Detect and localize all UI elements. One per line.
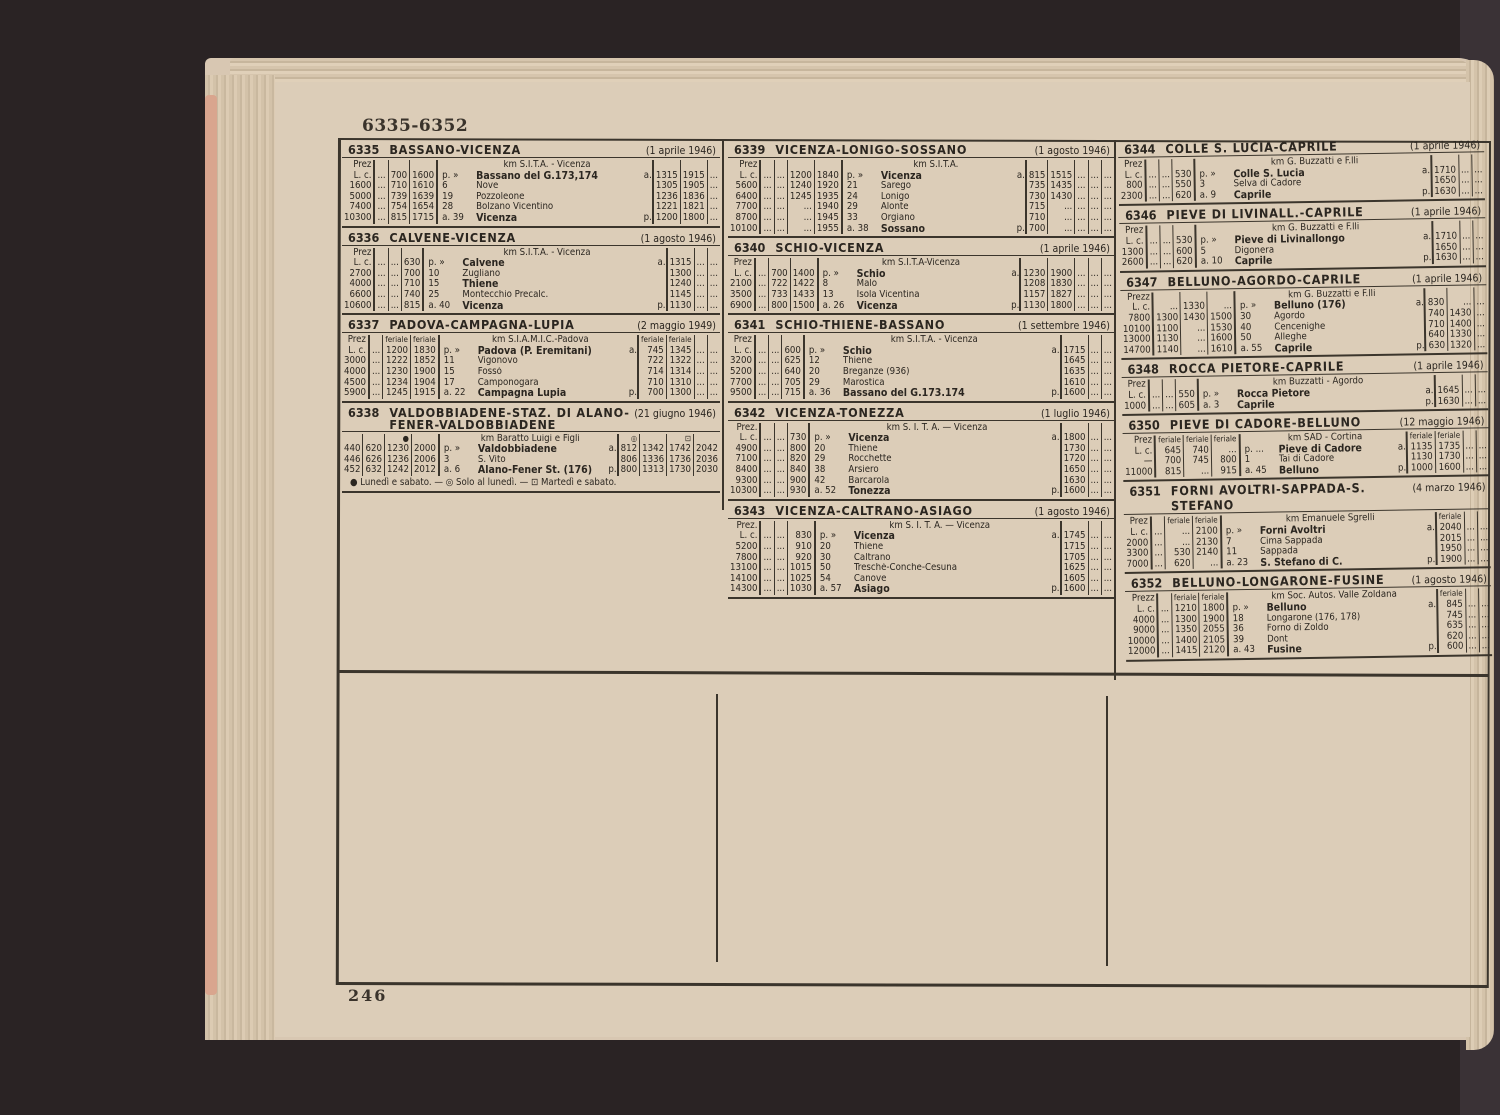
station-marker: p. (1423, 555, 1435, 566)
station-name: Asiago (854, 584, 1048, 595)
station-list: km SAD - Cortinap. ...Pieve di Cadorea.1… (1240, 432, 1408, 477)
station-row: a. 36Bassano del G.173.174p. (809, 388, 1060, 399)
timetable-6351: 6351FORNI AVOLTRI-SAPPADA-S. STEFANO(4 m… (1123, 479, 1490, 575)
station-marker: a. (1423, 523, 1435, 534)
arrival-column: 17151645163516101600 (1062, 335, 1089, 399)
station-km: a. 38 (847, 224, 881, 235)
station-km: a. 40 (428, 301, 462, 312)
station-km: a. 43 (1233, 645, 1267, 656)
time-cell: ... (1104, 486, 1112, 497)
station-name: S. Vito (478, 455, 605, 466)
time-cell: ... (710, 290, 718, 301)
departure-column: .................. (775, 423, 788, 497)
station-marker (1007, 290, 1019, 301)
time-cell: 1245 (385, 388, 408, 399)
time-cell: 1230 (385, 367, 408, 378)
departure-column: feriale12001222123012341245 (383, 335, 411, 399)
station-km: 33 (847, 213, 881, 224)
price-cell: 3500 (730, 290, 752, 301)
departure-column: .................. (775, 521, 788, 595)
station-marker: p. (640, 213, 652, 224)
operator-label: km S. I. T. A. — Vicenza (814, 423, 1059, 434)
station-marker: p. (1412, 341, 1424, 352)
departure-column: ......... (1146, 159, 1160, 202)
station-row: a. 3Caprilep. (1203, 397, 1434, 411)
price-cell: 10300 (344, 213, 371, 224)
book-cover-edge (205, 95, 217, 995)
departure-column: ............... (375, 248, 388, 312)
station-km: 15 (444, 367, 478, 378)
station-km: 20 (809, 367, 843, 378)
time-cell (683, 160, 705, 171)
departure-column: feriale210021302140... (1193, 516, 1223, 569)
price-column: PrezL. c.27004000660010600 (342, 248, 375, 312)
timetable-6352: 6352BELLUNO-LONGARONE-FUSINE(1 agosto 19… (1125, 571, 1492, 662)
station-marker (1048, 367, 1060, 378)
timetable-body: PrezL. c.13002600..................53060… (1119, 219, 1486, 269)
arrival-column: 19151905183618211800 (681, 160, 708, 224)
station-name: Schio (843, 346, 1048, 357)
station-marker: p. (625, 388, 637, 399)
time-cell: 1200 (656, 213, 678, 224)
timetable-6346: 6346PIEVE DI LIVINALL.-CAPRILE(1 aprile … (1119, 203, 1486, 273)
timetable-title: VICENZA-LONIGO-SOSSANO (775, 142, 1034, 157)
timetable-header: 6339VICENZA-LONIGO-SOSSANO(1 agosto 1946… (728, 142, 1114, 158)
arrival-column: ......... (1460, 221, 1474, 264)
timetable-6339: 6339VICENZA-LONIGO-SOSSANO(1 agosto 1946… (728, 142, 1114, 238)
price-cell: 4000 (344, 367, 366, 378)
timetable-number: 6340 (734, 240, 765, 255)
station-name: Vicenza (476, 213, 640, 224)
time-cell: 1000 (1410, 463, 1433, 474)
arrival-column: ............ (1478, 512, 1491, 565)
time-cell: 620 (1168, 559, 1191, 570)
time-cell: ... (1091, 486, 1099, 497)
time-cell: ... (710, 213, 718, 224)
station-row: 21Sarego (847, 181, 1025, 192)
time-cell: ... (1077, 213, 1085, 224)
operator-label: km S. I. T. A. — Vicenza (820, 521, 1060, 532)
station-name: Isola Vicentina (857, 290, 1008, 301)
station-km: p. » (1200, 235, 1234, 246)
time-cell: 600 (1441, 642, 1464, 653)
station-name: Vicenza (854, 531, 1048, 542)
station-row: 17Camponogara (444, 378, 637, 389)
time-cell: 1800 (683, 213, 705, 224)
timetable-date: (1 agosto 1946) (641, 233, 716, 245)
time-cell: 640 (784, 367, 800, 378)
arrival-column: ...... (1462, 375, 1476, 407)
time-cell: ... (391, 301, 399, 312)
station-km: a. 52 (814, 486, 848, 497)
arrival-column: 151514351430......... (1048, 160, 1075, 234)
departure-column: ............... (756, 335, 769, 399)
station-row: a. 55Caprilep. (1241, 341, 1425, 354)
timetable-number: 6347 (1126, 274, 1158, 289)
station-name: Vicenza (462, 301, 653, 312)
arrival-column: .................. (1089, 423, 1102, 497)
time-cell (412, 160, 434, 171)
time-cell: 1600 (1064, 486, 1086, 497)
arrival-column: ...... (1475, 375, 1488, 407)
time-cell: ... (391, 290, 399, 301)
arrival-column: ...1430140013301320 (1447, 287, 1475, 351)
station-km: 13 (823, 290, 857, 301)
arrival-column: .................. (1089, 160, 1102, 234)
arrival-column: .................. (1102, 521, 1114, 595)
price-cell: Prez (730, 160, 757, 171)
time-cell: 1630 (1438, 396, 1460, 407)
time-cell: ... (1461, 186, 1469, 197)
station-row: 20Thiene (814, 444, 1059, 455)
time-cell: ... (1104, 290, 1112, 301)
arrival-column: ......... (1472, 154, 1485, 197)
timetable-number: 6344 (1124, 141, 1156, 156)
time-cell: 1715 (412, 213, 434, 224)
time-cell: 815 (404, 301, 420, 312)
station-name: Valdobbiadene (478, 444, 605, 455)
station-row: 20Breganze (936) (809, 367, 1060, 378)
station-marker: p. (1048, 486, 1060, 497)
time-cell: ... (1050, 213, 1072, 224)
arrival-column: ............... (708, 335, 720, 399)
arrival-column: ⊡174217361730 (667, 434, 694, 476)
station-name: Schio (857, 269, 1008, 280)
time-cell: ... (1482, 642, 1490, 653)
station-name: Thiene (854, 542, 1048, 553)
station-marker: a. (1007, 269, 1019, 280)
station-row: 25Montecchio Precalc. (428, 290, 665, 301)
operator-label: km Baratto Luigi e Figli (444, 434, 617, 445)
station-row: a. 57Asiagop. (820, 584, 1060, 595)
time-cell: 740 (404, 290, 420, 301)
timetable-date: (1 settembre 1946) (1018, 320, 1110, 332)
station-name: Barcarola (848, 476, 1047, 487)
price-cell: 9500 (730, 388, 752, 399)
column-right: 6344COLLE S. LUCIA-CAPRILE(1 aprile 1946… (1118, 136, 1492, 664)
departure-column: ...... (1163, 379, 1177, 411)
time-cell: 1610 (1211, 344, 1233, 355)
price-cell: 1000 (1124, 401, 1146, 412)
time-cell: ... (1104, 213, 1112, 224)
time-cell: ... (777, 224, 785, 235)
time-cell: ... (1478, 396, 1486, 407)
time-cell: 733 (771, 290, 787, 301)
station-marker: p. (1013, 224, 1025, 235)
time-cell: 1320 (1450, 340, 1472, 351)
column-divider (722, 140, 724, 510)
timetable-date: (1 aprile 1946) (1412, 272, 1482, 285)
station-name: Treschè-Conche-Cesuna (854, 563, 1048, 574)
time-cell: ... (763, 584, 771, 595)
station-marker: a. (1418, 166, 1430, 177)
time-cell: ... (1465, 396, 1473, 407)
time-cell: ... (790, 213, 812, 224)
departure-column: ......... (1159, 159, 1173, 202)
station-list: km S. I. T. A. — Vicenzap. »Vicenzaa.20T… (810, 423, 1061, 497)
station-row: p. »Padova (P. Eremitani)a. (444, 346, 637, 357)
time-cell (817, 160, 839, 171)
departure-column: 16001610163916541715 (410, 160, 438, 224)
station-name: Nove (476, 181, 640, 192)
time-cell: ... (758, 290, 766, 301)
time-cell: 620 (1175, 191, 1192, 202)
price-cell: 10600 (344, 301, 371, 312)
departure-column: feriale18301852190019041915 (411, 335, 440, 399)
time-cell: 1600 (1438, 463, 1461, 474)
time-cell: ... (1165, 401, 1173, 412)
timetable-date: (1 agosto 1946) (1035, 506, 1110, 518)
departure-column: ............... (1159, 594, 1173, 658)
arrival-column: .................. (1102, 423, 1114, 497)
time-cell: ... (710, 367, 718, 378)
station-name: Rocchette (848, 454, 1047, 465)
station-marker (1013, 192, 1025, 203)
time-cell: 620 (1176, 257, 1193, 268)
station-marker: p. (654, 301, 666, 312)
station-row: 13Isola Vicentina (823, 290, 1020, 301)
arrival-column: feriale113511301000 (1408, 431, 1436, 474)
station-marker (640, 181, 652, 192)
station-name: Thiene (848, 444, 1047, 455)
station-km: a. 9 (1200, 190, 1234, 201)
timetable-date: (1 aprile 1946) (646, 145, 716, 157)
time-cell: ... (777, 584, 785, 595)
time-cell: ... (377, 213, 385, 224)
timetable-body: PrezL. c.1000............550605km Buzzat… (1122, 373, 1488, 413)
departure-column: ...... (1150, 380, 1164, 412)
timetable-6337: 6337PADOVA-CAMPAGNA-LUPIA(2 maggio 1949)… (342, 317, 720, 403)
station-name: Zugliano (462, 269, 653, 280)
departure-column: ●123012361242 (385, 434, 412, 476)
price-column: PrezL. c.210035006900 (728, 258, 756, 311)
time-cell: 1313 (642, 465, 664, 476)
departure-column: 1400142214331500 (791, 258, 819, 311)
timetable-number: 6339 (734, 142, 765, 157)
departure-column: feriale......530620 (1165, 516, 1194, 569)
station-marker (1048, 465, 1060, 476)
timetable-6343: 6343VICENZA-CALTRANO-ASIAGO(1 agosto 194… (728, 503, 1114, 599)
time-cell: 1915 (413, 388, 436, 399)
time-cell: 605 (1179, 400, 1196, 411)
empty-box-divider (1106, 696, 1108, 966)
station-marker: p. (1048, 388, 1060, 399)
departure-column: .................. (775, 160, 788, 234)
station-name: Bassano del G.173.174 (843, 388, 1048, 399)
time-cell (710, 160, 718, 171)
time-cell: 1900 (1439, 554, 1462, 565)
departure-column: .................. (761, 160, 774, 234)
departure-column: ...1500153016001610 (1208, 291, 1237, 355)
departure-column: ...1300110011301140 (1154, 292, 1182, 356)
departure-column: ............... (769, 335, 782, 399)
time-cell: 632 (365, 465, 381, 476)
station-marker (625, 356, 637, 367)
timetable-6338: 6338VALDOBBIADENE-STAZ. DI ALANO-FENER-V… (342, 405, 720, 493)
timetable-title: SCHIO-THIENE-BASSANO (775, 317, 1018, 332)
time-cell: ... (763, 486, 771, 497)
timetable-number: 6351 (1129, 484, 1161, 499)
station-row: a. 6Alano-Fener St. (176)p. (444, 465, 617, 476)
timetable-date: (1 agosto 1946) (1411, 574, 1487, 587)
station-marker: a. (1424, 600, 1436, 611)
arrival-column: ............ (1102, 258, 1114, 311)
time-cell: 800 (771, 301, 787, 312)
price-cell: 12000 (1128, 647, 1156, 658)
station-name: Breganze (936) (843, 367, 1048, 378)
time-cell: 1600 (1064, 388, 1086, 399)
station-list: km S.I.T.A. - Vicenzap. »Calvenea.10Zugl… (424, 248, 667, 312)
station-name: Bolzano Vicentino (476, 202, 640, 213)
operator-label: km S.I.T.A. - Vicenza (442, 160, 652, 171)
time-cell: 800 (621, 465, 637, 476)
timetable-date: (1 aprile 1946) (1411, 206, 1481, 219)
time-cell: 700 (1029, 224, 1045, 235)
price-column: PrezL. c.200033007000 (1124, 517, 1153, 570)
station-row: p. »Calvenea. (428, 258, 665, 269)
time-cell: ... (1077, 290, 1085, 301)
timetable-6335: 6335BASSANO-VICENZA(1 aprile 1946)PrezL.… (342, 142, 720, 228)
station-row: 15Fossò (444, 367, 637, 378)
time-cell: ... (1162, 191, 1170, 202)
station-name: Vicenza (857, 301, 1008, 312)
time-cell: 2120 (1202, 646, 1225, 657)
time-cell: 1433 (793, 290, 815, 301)
time-cell: 1600 (1064, 584, 1086, 595)
station-row: 38Arsiero (814, 465, 1059, 476)
time-cell: ... (377, 301, 385, 312)
operator-label: km S.I.T.A. - Vicenza (809, 335, 1060, 346)
time-cell: ... (1077, 224, 1085, 235)
station-row: a. 9Caprilep. (1200, 187, 1431, 201)
timetable-title: VICENZA-TONEZZA (775, 405, 1041, 420)
arrival-column: feriale745722714710700 (639, 335, 667, 399)
time-cell: 1314 (669, 367, 692, 378)
page-range-header: 6335-6352 (362, 116, 468, 136)
time-cell (763, 160, 771, 171)
station-row: p. »Bassano del G.173,174a. (442, 171, 652, 182)
arrival-column: feriale13451322131413101300 (667, 335, 695, 399)
arrival-column: ......... (1476, 430, 1489, 473)
column-middle: 6339VICENZA-LONIGO-SOSSANO(1 agosto 1946… (728, 142, 1114, 601)
station-name: Canove (854, 574, 1048, 585)
time-cell: 1827 (1050, 290, 1072, 301)
time-cell: ... (1050, 224, 1072, 235)
timetable-header: 6335BASSANO-VICENZA(1 aprile 1946) (342, 142, 720, 158)
time-cell: 2012 (414, 465, 436, 476)
station-marker (1013, 213, 1025, 224)
station-list: km G. Buzzatti e F.llip. »Colle S. Lucia… (1195, 155, 1432, 201)
timetable-body: PrezL. c.16005000740010300..............… (342, 158, 720, 224)
departure-column: 550605 (1176, 379, 1199, 411)
station-row: 15Thiene (428, 279, 665, 290)
time-cell: 1800 (1050, 301, 1072, 312)
time-cell: 1030 (790, 584, 812, 595)
time-cell: ... (1161, 647, 1169, 658)
timetable-6341: 6341SCHIO-THIENE-BASSANO(1 settembre 194… (728, 317, 1114, 403)
time-cell: ... (1091, 224, 1099, 235)
station-row: 42Barcarola (814, 476, 1059, 487)
station-row: 29Alonte (847, 202, 1025, 213)
time-cell: ... (697, 367, 705, 378)
time-cell: ... (1104, 301, 1112, 312)
station-row: p. »Schioa. (809, 346, 1060, 357)
price-column: PrezL. c.3000400045005900 (342, 335, 370, 399)
time-cell: ... (1152, 401, 1160, 412)
time-cell (1077, 160, 1085, 171)
departure-column: ............... (389, 248, 402, 312)
station-marker: a. (1394, 442, 1406, 453)
timetable-body: PrezL. c.8002300..................530550… (1118, 152, 1485, 202)
price-cell: 14300 (730, 584, 757, 595)
timetable-number: 6350 (1128, 417, 1160, 432)
time-cell (656, 160, 678, 171)
station-name: Fossò (478, 367, 625, 378)
price-column: PrezL. c.8002300 (1118, 160, 1147, 203)
time-cell: ... (1091, 213, 1099, 224)
time-cell: 630 (1428, 341, 1445, 352)
price-column: PrezL. c.560064007700870010100 (728, 160, 761, 234)
price-cell: 7000 (1127, 559, 1149, 570)
time-cell: ... (1476, 252, 1484, 263)
timetable-body: PrezzL. c.7800101001300014700...13001100… (1120, 285, 1487, 356)
time-cell: ... (1467, 554, 1475, 565)
timetable-date: (1 aprile 1946) (1040, 243, 1110, 255)
timetable-number: 6346 (1125, 208, 1157, 223)
departure-column: feriale645700815 (1156, 435, 1184, 478)
timetable-6347: 6347BELLUNO-AGORDO-CAPRILE(1 aprile 1946… (1120, 269, 1487, 360)
price-cell: 10100 (730, 224, 757, 235)
station-list: km G. Buzzatti e F.llip. »Pieve di Livin… (1196, 221, 1433, 267)
station-name: Marostica (843, 378, 1048, 389)
time-cell: 1145 (670, 290, 692, 301)
time-cell: ... (1104, 224, 1112, 235)
time-cell: 715 (784, 388, 800, 399)
price-cell: Prez (344, 160, 371, 171)
station-marker: a. (1013, 171, 1025, 182)
arrival-column: 180017301720165016301600 (1062, 423, 1089, 497)
arrival-column: .................. (1075, 160, 1088, 234)
station-marker: a. (1419, 232, 1431, 243)
price-column: PrezL. c.16005000740010300 (342, 160, 375, 224)
station-marker (1048, 454, 1060, 465)
station-name: Caprile (1275, 341, 1413, 354)
station-km: a. 39 (442, 213, 476, 224)
timetable-title: SCHIO-VICENZA (775, 240, 1040, 255)
time-cell: ... (1091, 388, 1099, 399)
departure-column: ......... (1147, 226, 1161, 269)
price-cell: 14700 (1123, 345, 1151, 356)
station-row: a. 23S. Stefano di C.p. (1226, 555, 1435, 569)
departure-column: ............ (756, 258, 769, 311)
station-marker: a. (640, 171, 652, 182)
station-row: 30Caltrano (820, 553, 1060, 564)
timetable-6350: 6350PIEVE DI CADORE-BELLUNO(12 maggio 19… (1122, 412, 1489, 482)
timetable-footnote: ● Lunedì e sabato. — ◎ Solo al lunedì. —… (342, 476, 720, 489)
arrival-column: ............... (1102, 335, 1114, 399)
time-cell: 1900 (413, 367, 436, 378)
price-column: PrezL. c.1000 (1122, 380, 1150, 412)
timetable-number: 6341 (734, 317, 765, 332)
time-cell: ... (1077, 301, 1085, 312)
arrival-column: .................. (1102, 160, 1114, 234)
time-cell: ... (758, 367, 766, 378)
price-cell: 2600 (1122, 258, 1144, 269)
timetable-body: PrezL. c.560064007700870010100..........… (728, 158, 1114, 234)
station-marker (654, 269, 666, 280)
station-list: km Emanuele Sgrellip. »Forni Avoltria.7C… (1222, 513, 1438, 569)
time-cell (1029, 160, 1045, 171)
